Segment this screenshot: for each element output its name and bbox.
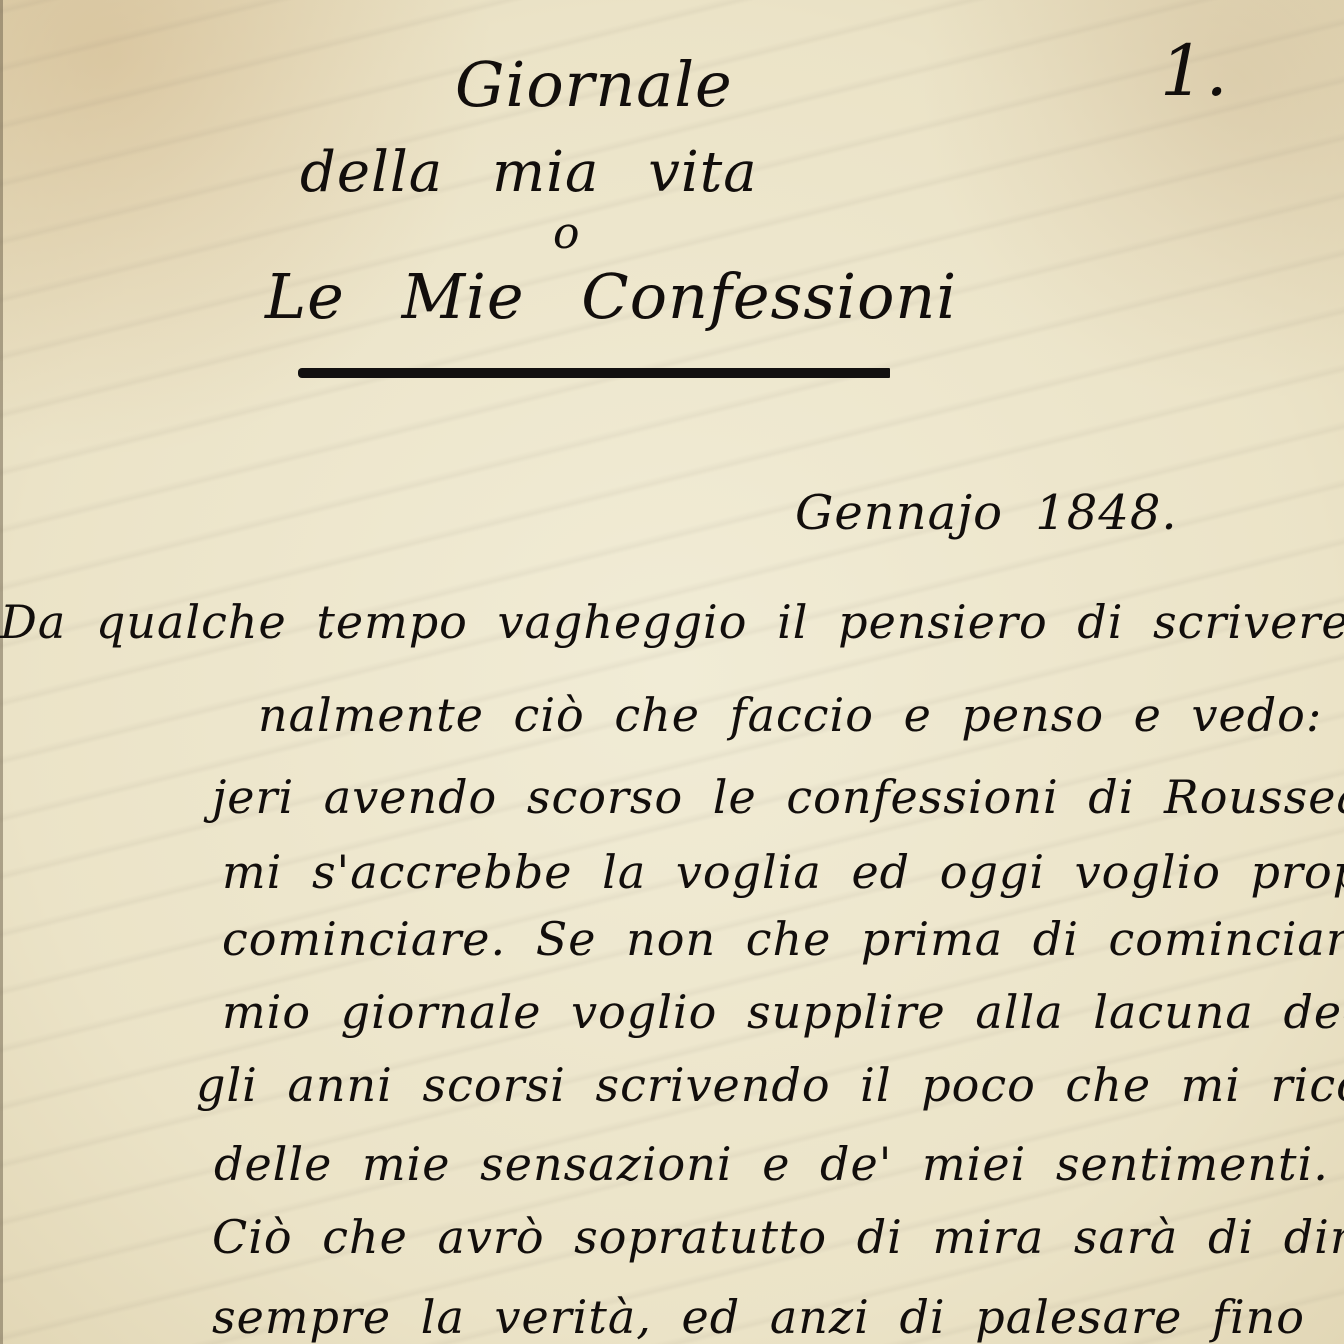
body-line: Ciò che avrò sopratutto di mira sarà di … [212,1210,1344,1264]
title-underline-rule [298,368,890,378]
title-line-della-mia-vita: della mia vita [300,140,758,205]
body-line: mio giornale voglio supplire alla lacuna… [222,985,1344,1039]
body-line: sempre la verità, ed anzi di palesare fi… [212,1290,1305,1344]
body-line: Da qualche tempo vagheggio il pensiero d… [0,595,1344,649]
body-line: mi s'accrebbe la voglia ed oggi voglio p… [222,845,1344,899]
title-line-confessioni: Le Mie Confessioni [265,260,957,333]
body-line: cominciare. Se non che prima di comincia… [222,912,1344,966]
body-line: nalmente ciò che faccio e penso e vedo: … [258,688,1344,742]
page-left-edge [0,0,3,1344]
body-line: delle mie sensazioni e de' miei sentimen… [214,1137,1329,1191]
title-line-or: o [553,208,581,259]
body-line: jeri avendo scorso le confessioni di Rou… [212,770,1344,824]
title-line-giornale: Giornale [455,48,733,121]
manuscript-page: 1. Giornale della mia vita o Le Mie Conf… [0,0,1344,1344]
page-number: 1. [1160,30,1229,112]
entry-date: Gennajo 1848. [795,485,1178,541]
body-line: gli anni scorsi scrivendo il poco che mi… [196,1058,1344,1112]
